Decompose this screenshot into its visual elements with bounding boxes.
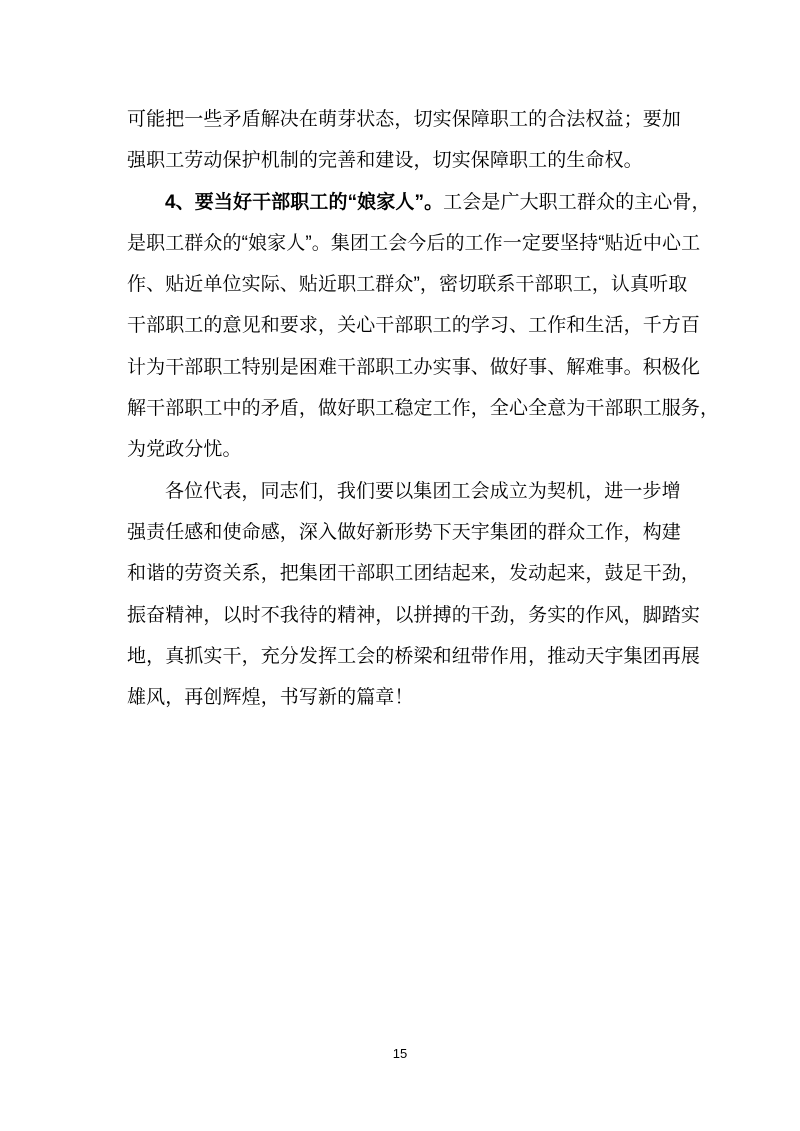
- text-line: 可能把一些矛盾解决在萌芽状态，切实保障职工的合法权益；要加: [127, 99, 683, 140]
- text-line: 和谐的劳资关系，把集团干部职工团结起来，发动起来，鼓足干劲，: [127, 553, 683, 594]
- text-segment: 干部职工的意见和要求，关心干部职工的学习、工作和生活，千方百: [127, 315, 700, 336]
- text-segment: 地，真抓实干，充分发挥工会的桥梁和纽带作用，推动天宇集团再展: [127, 646, 700, 667]
- text-segment: 强职工劳动保护机制的完善和建设，切实保障职工的生命权。: [127, 150, 643, 171]
- text-segment: 工会是广大职工群众的主心骨，: [443, 192, 710, 213]
- text-line: 地，真抓实干，充分发挥工会的桥梁和纽带作用，推动天宇集团再展: [127, 636, 683, 677]
- text-line: 计为干部职工特别是困难干部职工办实事、做好事、解难事。积极化: [127, 347, 683, 388]
- text-segment: 和谐的劳资关系，把集团干部职工团结起来，发动起来，鼓足干劲，: [127, 563, 700, 584]
- text-segment: 强责任感和使命感，深入做好新形势下天宇集团的群众工作，构建: [127, 522, 681, 543]
- text-segment: 计为干部职工特别是困难干部职工办实事、做好事、解难事。积极化: [127, 357, 700, 378]
- text-segment: 作、贴近单位实际、贴近职工群众”，密切联系干部职工，认真听取: [127, 274, 687, 295]
- text-segment: 解干部职工中的矛盾，做好职工稳定工作，全心全意为干部职工服务，: [127, 398, 719, 419]
- text-segment: 振奋精神，以时不我待的精神，以拼搏的干劲，务实的作风，脚踏实: [127, 605, 700, 626]
- text-segment: 雄风，再创辉煌，书写新的篇章！: [127, 687, 414, 708]
- text-segment: 是职工群众的“娘家人”。集团工会今后的工作一定要坚持“贴近中心工: [127, 233, 700, 254]
- text-line: 振奋精神，以时不我待的精神，以拼搏的干劲，务实的作风，脚踏实: [127, 595, 683, 636]
- text-line: 雄风，再创辉煌，书写新的篇章！: [127, 677, 683, 718]
- document-page: 可能把一些矛盾解决在萌芽状态，切实保障职工的合法权益；要加强职工劳动保护机制的完…: [0, 0, 800, 1131]
- text-line: 各位代表，同志们，我们要以集团工会成立为契机，进一步增: [127, 471, 683, 512]
- page-number: 15: [0, 1044, 800, 1064]
- text-line: 是职工群众的“娘家人”。集团工会今后的工作一定要坚持“贴近中心工: [127, 223, 683, 264]
- text-line: 为党政分忧。: [127, 429, 683, 470]
- text-body: 可能把一些矛盾解决在萌芽状态，切实保障职工的合法权益；要加强职工劳动保护机制的完…: [127, 99, 683, 718]
- text-line: 作、贴近单位实际、贴近职工群众”，密切联系干部职工，认真听取: [127, 264, 683, 305]
- text-line: 4、要当好干部职工的“娘家人”。工会是广大职工群众的主心骨，: [127, 182, 683, 223]
- text-segment-bold: 4、要当好干部职工的“娘家人”。: [165, 192, 443, 213]
- text-line: 干部职工的意见和要求，关心干部职工的学习、工作和生活，千方百: [127, 305, 683, 346]
- text-line: 强职工劳动保护机制的完善和建设，切实保障职工的生命权。: [127, 140, 683, 181]
- text-segment: 为党政分忧。: [127, 439, 242, 460]
- text-segment: 可能把一些矛盾解决在萌芽状态，切实保障职工的合法权益；要加: [127, 109, 681, 130]
- text-line: 强责任感和使命感，深入做好新形势下天宇集团的群众工作，构建: [127, 512, 683, 553]
- text-segment: 各位代表，同志们，我们要以集团工会成立为契机，进一步增: [165, 481, 681, 502]
- text-line: 解干部职工中的矛盾，做好职工稳定工作，全心全意为干部职工服务，: [127, 388, 683, 429]
